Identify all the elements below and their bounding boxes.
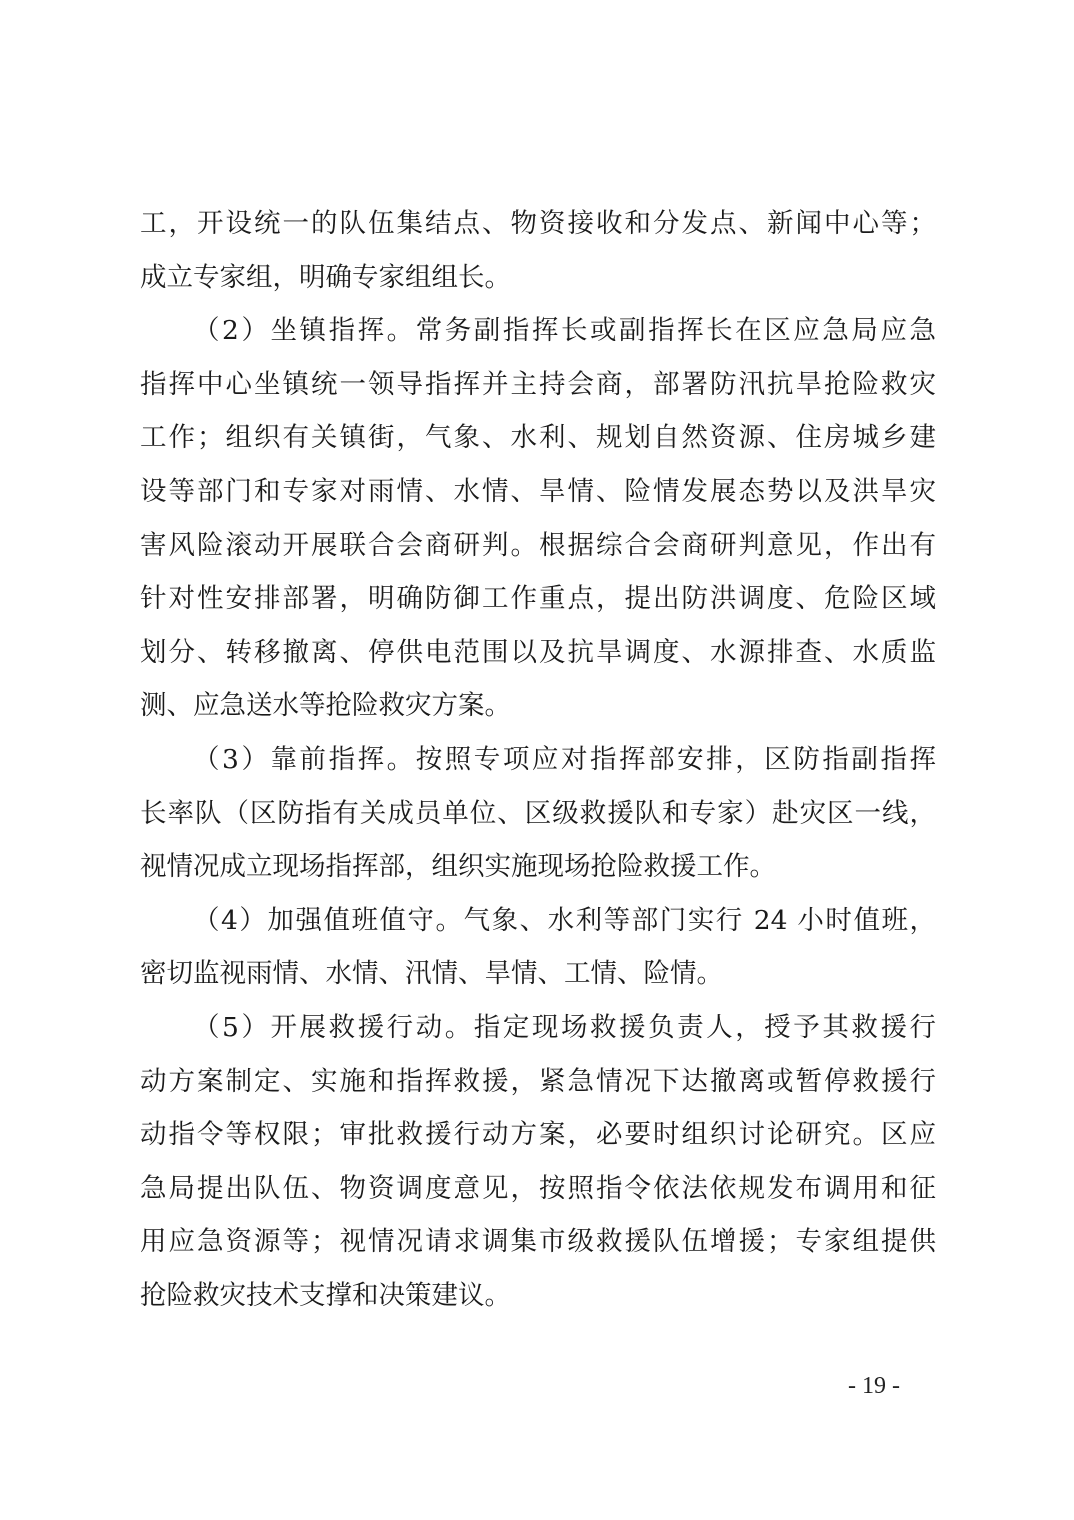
paragraph-item-5: （5）开展救援行动。指定现场救援负责人，授予其救援行 动方案制定、实施和指挥救援… [140, 1001, 936, 1323]
text-line: 抢险救灾技术支撑和决策建议。 [140, 1269, 936, 1323]
text-line: 动指令等权限；审批救援行动方案，必要时组织讨论研究。区应 [140, 1108, 936, 1162]
body-text: 工，开设统一的队伍集结点、物资接收和分发点、新闻中心等； 成立专家组，明确专家组… [140, 197, 936, 1322]
text-line: （2）坐镇指挥。常务副指挥长或副指挥长在区应急局应急 [140, 304, 936, 358]
text-line: 划分、转移撤离、停供电范围以及抗旱调度、水源排查、水质监 [140, 626, 936, 680]
text-line: 成立专家组，明确专家组组长。 [140, 251, 936, 305]
text-line: 指挥中心坐镇统一领导指挥并主持会商，部署防汛抗旱抢险救灾 [140, 358, 936, 412]
text-line: 密切监视雨情、水情、汛情、旱情、工情、险情。 [140, 947, 936, 1001]
text-line: 急局提出队伍、物资调度意见，按照指令依法依规发布调用和征 [140, 1162, 936, 1216]
text-line: 设等部门和专家对雨情、水情、旱情、险情发展态势以及洪旱灾 [140, 465, 936, 519]
text-line: 用应急资源等；视情况请求调集市级救援队伍增援；专家组提供 [140, 1215, 936, 1269]
paragraph-continuation: 工，开设统一的队伍集结点、物资接收和分发点、新闻中心等； 成立专家组，明确专家组… [140, 197, 936, 304]
text-line: 工，开设统一的队伍集结点、物资接收和分发点、新闻中心等； [140, 197, 936, 251]
text-line: 动方案制定、实施和指挥救援，紧急情况下达撤离或暂停救援行 [140, 1055, 936, 1109]
text-line: （4）加强值班值守。气象、水利等部门实行 24 小时值班， [140, 894, 936, 948]
text-line: （5）开展救援行动。指定现场救援负责人，授予其救援行 [140, 1001, 936, 1055]
text-line: 视情况成立现场指挥部，组织实施现场抢险救援工作。 [140, 840, 936, 894]
text-line: 针对性安排部署，明确防御工作重点，提出防洪调度、危险区域 [140, 572, 936, 626]
document-page: 工，开设统一的队伍集结点、物资接收和分发点、新闻中心等； 成立专家组，明确专家组… [0, 0, 1074, 1520]
text-line: 测、应急送水等抢险救灾方案。 [140, 679, 936, 733]
text-line: 工作；组织有关镇街，气象、水利、规划自然资源、住房城乡建 [140, 411, 936, 465]
text-line: 长率队（区防指有关成员单位、区级救援队和专家）赴灾区一线， [140, 787, 936, 841]
paragraph-item-2: （2）坐镇指挥。常务副指挥长或副指挥长在区应急局应急 指挥中心坐镇统一领导指挥并… [140, 304, 936, 733]
paragraph-item-4: （4）加强值班值守。气象、水利等部门实行 24 小时值班， 密切监视雨情、水情、… [140, 894, 936, 1001]
text-line: 害风险滚动开展联合会商研判。根据综合会商研判意见，作出有 [140, 519, 936, 573]
paragraph-item-3: （3）靠前指挥。按照专项应对指挥部安排，区防指副指挥 长率队（区防指有关成员单位… [140, 733, 936, 894]
text-line: （3）靠前指挥。按照专项应对指挥部安排，区防指副指挥 [140, 733, 936, 787]
page-number: - 19 - [848, 1373, 948, 1400]
